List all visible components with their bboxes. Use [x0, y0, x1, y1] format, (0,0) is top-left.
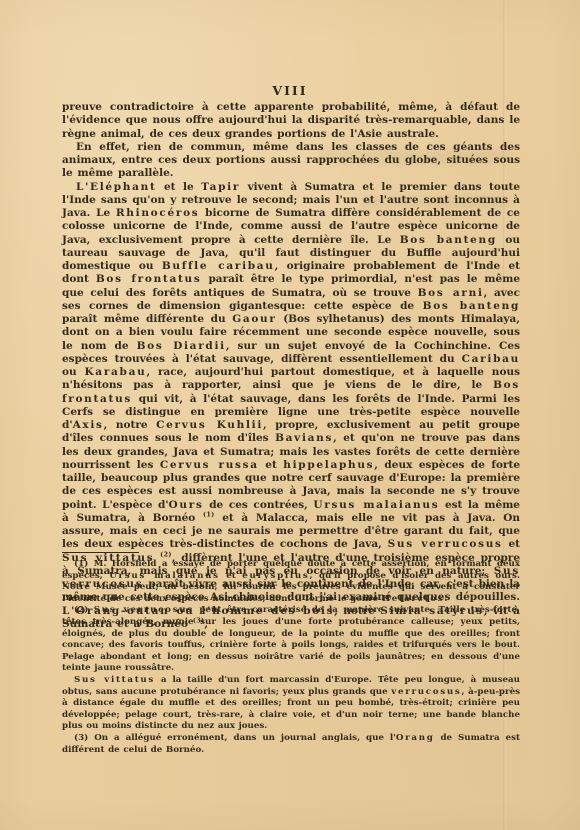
species-name: Helarctos	[382, 594, 445, 604]
species-name: verrucosus	[391, 687, 461, 697]
species-name: Bavians	[275, 432, 333, 444]
species-name: Ours	[169, 499, 204, 511]
text-segment: (2)	[74, 605, 94, 615]
species-name: Orang	[396, 733, 435, 743]
text-segment: et	[503, 538, 520, 550]
text-segment: et	[220, 571, 243, 581]
text-segment: .	[444, 594, 447, 604]
text-segment: paraît même différente du	[62, 313, 232, 325]
text-segment: ou	[62, 366, 84, 378]
species-name: Caribau	[462, 353, 520, 365]
species-name: Bos Diardii	[137, 340, 226, 352]
footnote: (2) Sus verrucosus peut être caractérisé…	[62, 605, 520, 675]
species-name: Gaour	[232, 313, 276, 325]
text-segment: peut être caractérisé de la manière suiv…	[62, 605, 520, 673]
species-name: Sus vittatus	[74, 675, 155, 685]
paragraph: En effet, rien de commun, même dans les …	[62, 141, 520, 181]
text-segment: de ces contrées,	[204, 499, 314, 511]
species-name: Bos banteng	[423, 300, 520, 312]
species-name: Sus verrucosus	[94, 605, 194, 615]
species-name: Cervus Kuhlii	[156, 419, 263, 431]
footnotes: (1) M. Horsfield a essayé de porter quel…	[62, 559, 520, 756]
species-name: Axis	[73, 419, 104, 431]
text-segment: preuve contradictoire à cette apparente …	[62, 101, 520, 140]
footnote: Sus vittatus a la taille d'un fort marca…	[62, 675, 520, 733]
footnote: (3) On a allégué erronément, dans un jou…	[62, 733, 520, 756]
text-segment: En effet, rien de commun, même dans les …	[62, 141, 520, 180]
species-name: L'Eléphant	[76, 181, 157, 193]
text-segment: , notre	[104, 419, 156, 431]
species-name: hippelaphus	[283, 459, 374, 471]
species-name: Karabau	[84, 366, 146, 378]
species-name: Buffle caribau	[162, 260, 275, 272]
species-name: euryspilus	[242, 571, 309, 581]
text-segment: (3) On a allégué erronément, dans un jou…	[74, 733, 396, 743]
text-segment: et le	[157, 181, 202, 193]
page-number: VIII	[0, 83, 580, 98]
species-name: Bos banteng	[400, 234, 497, 246]
footnote-separator	[62, 552, 139, 553]
species-name: Tapir	[201, 181, 240, 193]
species-name: Cervus russa	[160, 459, 259, 471]
species-name: Ursus malaianus	[313, 499, 439, 511]
footnote-ref: (1)	[203, 510, 215, 518]
species-name: Ursus malaianus	[109, 571, 219, 581]
species-name: Rhinocéros	[116, 207, 200, 219]
species-name: Bos arni	[418, 287, 484, 299]
footnote: (1) M. Horsfield a essayé de porter quel…	[62, 559, 520, 605]
footnote-ref: (2)	[160, 550, 172, 558]
species-name: Sus verrucosus	[388, 538, 503, 550]
book-page: VIII preuve contradictoire à cette appar…	[0, 0, 580, 830]
text-segment: et	[259, 459, 284, 471]
species-name: Bos frontatus	[96, 273, 202, 285]
paragraph: preuve contradictoire à cette apparente …	[62, 101, 520, 141]
